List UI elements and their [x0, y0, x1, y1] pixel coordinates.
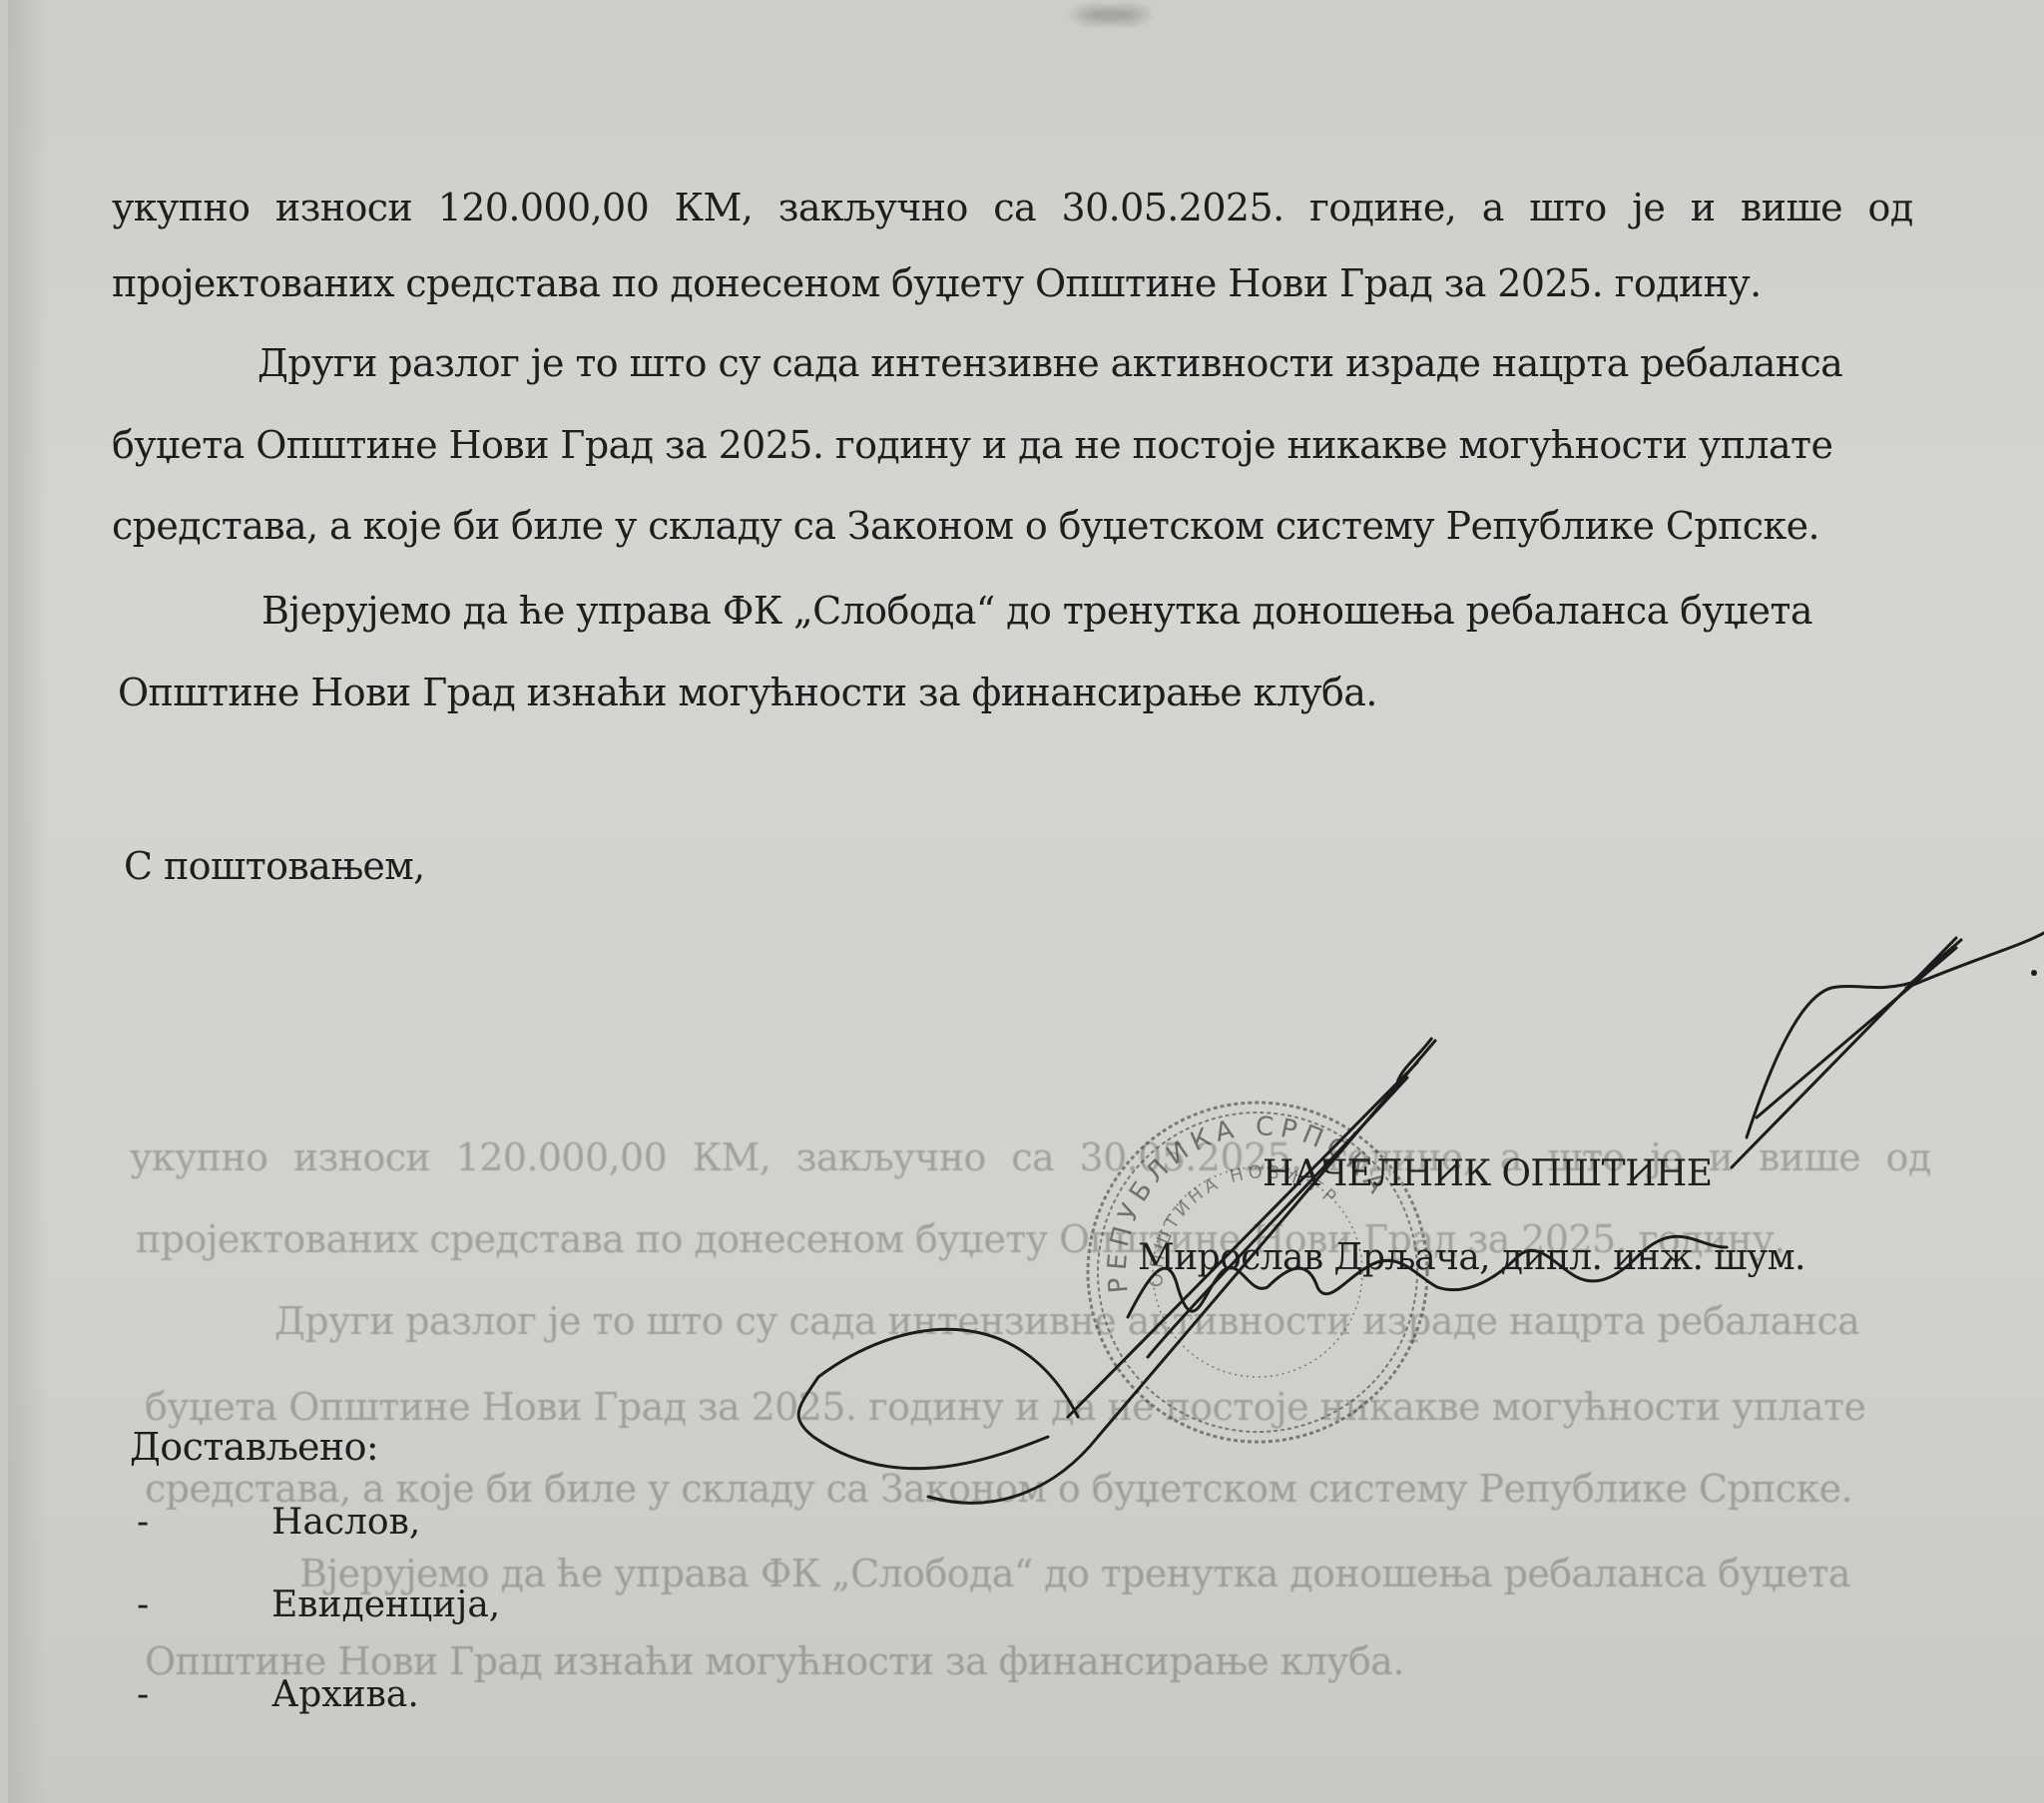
delivered-to-label: Архива. [271, 1674, 419, 1715]
body-line: буџета Општине Нови Град за 2025. годину… [112, 423, 1832, 467]
delivered-to-heading: Достављено: [130, 1425, 378, 1469]
signatory-title: НАЧЕЛНИК ОПШТИНЕ [1263, 1153, 1712, 1194]
list-bullet: - [137, 1584, 149, 1625]
paragraph-start: Други разлог је то што су сада интензивн… [257, 341, 1842, 385]
delivered-to-label: Наслов, [271, 1502, 420, 1543]
list-bullet: - [137, 1674, 149, 1715]
body-line: Општине Нови Град изнаћи могућности за ф… [118, 671, 1377, 714]
bleed-through-line: Вјерујемо да ће управа ФК „Слобода“ до т… [299, 1552, 1850, 1595]
body-line: средстава, а које би биле у складу са За… [112, 504, 1819, 548]
paragraph-start: Вјерујемо да ће управа ФК „Слобода“ до т… [261, 589, 1812, 633]
body-line: укупно износи 120.000,00 КМ, закључно са… [112, 186, 1913, 229]
scan-smudge [1096, 0, 1156, 30]
signatory-name: Мирослав Дрљача, дипл. инж. шум. [1138, 1237, 1805, 1278]
body-line: пројектованих средстава по донесеном буџ… [112, 261, 1762, 305]
delivered-to-label: Евиденција, [271, 1584, 500, 1625]
bleed-through-line: буџета Општине Нови Град за 2025. годину… [145, 1385, 1865, 1429]
list-bullet: - [137, 1502, 149, 1543]
bleed-through-line: Други разлог је то што су сада интензивн… [274, 1299, 1859, 1343]
closing-greeting: С поштовањем, [124, 844, 425, 888]
page-edge-shadow [8, 0, 48, 1803]
